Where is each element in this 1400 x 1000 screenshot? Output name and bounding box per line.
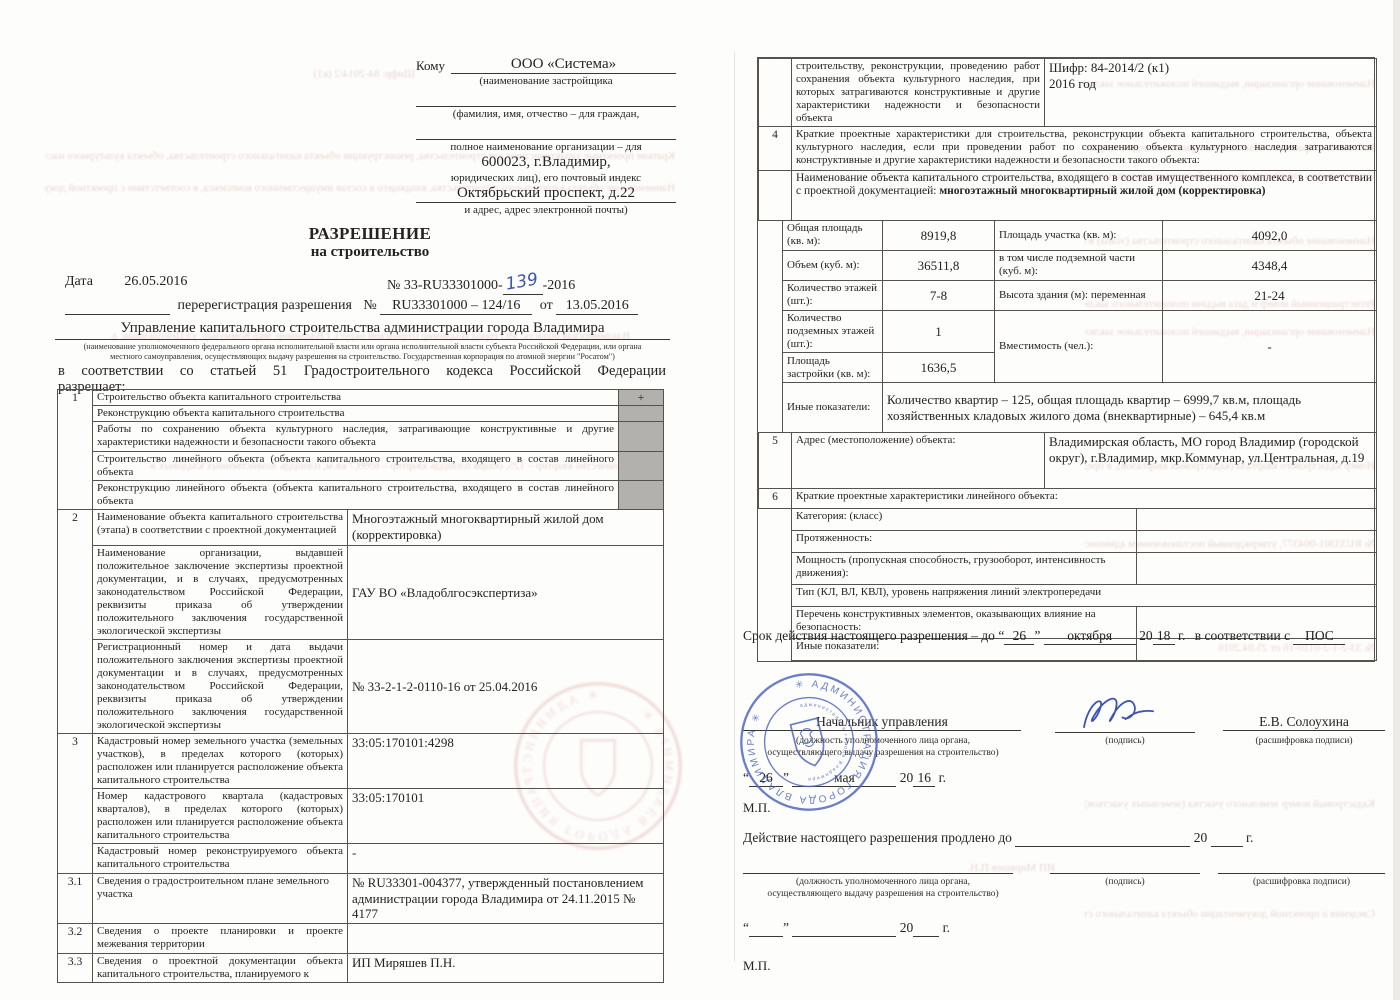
- table-cell: ГАУ ВО «Владоблгосэкспертиза»: [348, 546, 664, 640]
- stamp-shield: [791, 718, 829, 769]
- name-caption: (расшифровка подписи): [1218, 877, 1385, 889]
- spec-value: 4092,0: [1163, 221, 1377, 251]
- blank-line: [416, 126, 676, 140]
- addressee-postcode-city: 600023, г.Владимир,: [416, 154, 676, 171]
- row-number: 3.3: [58, 953, 93, 982]
- table-cell: Краткие проектные характеристики для стр…: [792, 127, 1377, 171]
- spec-value: 1636,5: [883, 353, 995, 383]
- mark-cell: [619, 406, 664, 422]
- year-prefix: 20: [1139, 628, 1153, 643]
- permit-number: № 33-RU33301000-139-2016: [387, 274, 575, 295]
- table-cell: Сведения о проектной документации объект…: [93, 953, 348, 982]
- mark-cell: [619, 422, 664, 452]
- table-cell: 33:05:170101: [348, 789, 664, 844]
- year-prefix: 20: [900, 770, 914, 785]
- addressee-caption: полное наименование организации – для: [416, 141, 676, 153]
- table-cell: Шифр: 84-2014/2 (к1) 2016 год: [1045, 59, 1377, 127]
- row-number: 5: [759, 433, 792, 489]
- bleedthrough-text: Кадастровый номер земельного участка (зе…: [1085, 798, 1375, 811]
- rereg-label: перерегистрация разрешения: [178, 298, 352, 313]
- issue-year: 16: [913, 770, 935, 787]
- right-page: Наименование организации, выдавшей полож…: [735, 30, 1395, 985]
- blank-line: [1211, 830, 1243, 847]
- authority-note-line: местного самоуправления, осуществляющих …: [50, 352, 675, 362]
- caption-line: осуществляющего выдачу разрешения на стр…: [735, 889, 1031, 901]
- addressee-street: Октябрьский проспект, д.22: [416, 185, 676, 203]
- table-cell: № 33-2-1-2-0110-16 от 25.04.2016: [348, 640, 664, 734]
- row-number: 2: [58, 510, 93, 734]
- spec-label: Площадь участка (кв. м):: [995, 221, 1163, 251]
- spec-value: 8919,8: [883, 221, 995, 251]
- number-suffix: -2016: [543, 278, 576, 293]
- blank-line: [913, 920, 939, 937]
- validity-month: октября: [1044, 628, 1136, 645]
- permit-table-right: строительству, реконструкции, проведению…: [757, 57, 1375, 662]
- year-prefix: 20: [900, 920, 914, 935]
- table-cell: строительству, реконструкции, проведению…: [792, 59, 1045, 127]
- row-number: 1: [58, 390, 93, 510]
- spec-label: Вместимость (чел.):: [995, 311, 1163, 383]
- scanned-document: Шифр: 84-2014/2 (к1) Краткие проектные х…: [0, 0, 1400, 1000]
- table-cell: ИП Миряшев П.Н.: [348, 953, 664, 982]
- blank-date-line: “ ” 20 г.: [743, 920, 950, 937]
- bleedthrough-text: Шифр: 84-2014/2 (к1): [85, 68, 415, 81]
- cipher-line-2: 2016 год: [1049, 76, 1372, 92]
- caption-line: (должность уполномоченного лица органа,: [735, 877, 1031, 889]
- table-cell: № RU33301-004377, утвержденный постановл…: [348, 874, 664, 924]
- spec-label: Общая площадь (кв. м):: [783, 221, 883, 251]
- empty-cell: [759, 171, 792, 221]
- spec-value: 21-24: [1163, 281, 1377, 311]
- prolong-text: Действие настоящего разрешения продлено …: [743, 830, 1012, 845]
- table-cell: Наименование организации, выдавшей полож…: [93, 546, 348, 640]
- name-caption: (расшифровка подписи): [1223, 736, 1385, 748]
- table-cell: Строительство объекта капитального строи…: [93, 390, 619, 406]
- table-cell: Кадастровый номер реконструируемого объе…: [93, 844, 348, 874]
- spec-label: Количество подземных этажей (шт.):: [783, 311, 883, 353]
- addressee-to-label: Кому: [416, 58, 451, 74]
- mark-cell: +: [619, 390, 664, 406]
- accord-value: ПОС: [1293, 628, 1345, 645]
- blank-signature-line: [1218, 873, 1385, 874]
- mark-cell: [619, 481, 664, 510]
- empty-cell: [1137, 531, 1377, 553]
- empty-cell: [1137, 553, 1377, 585]
- spec-label: Площадь застройки (кв. м):: [783, 353, 883, 383]
- quote: ”: [783, 920, 789, 935]
- spec-label: Объем (куб. м):: [783, 251, 883, 281]
- spec-label: Иные показатели:: [783, 383, 883, 433]
- scan-edge: [1393, 0, 1400, 1000]
- date-label: Дата: [65, 274, 93, 289]
- blank-signature-line: [1050, 873, 1200, 874]
- rereg-ot: от: [540, 298, 553, 313]
- table-cell: Сведения о градостроительном плане земел…: [93, 874, 348, 924]
- spec-value: 1: [883, 311, 995, 353]
- spec-value: Количество квартир – 125, общая площадь …: [883, 383, 1377, 433]
- row-number: 3.1: [58, 874, 93, 924]
- object-name-value: многоэтажный многоквартирный жилой дом (…: [939, 185, 1265, 197]
- table-cell: Сведения о проекте планировки и проекте …: [93, 923, 348, 953]
- blank-line: [416, 93, 676, 107]
- addressee-name: ООО «Система»: [451, 56, 676, 74]
- accordance-line: в соответствии со статьей 51 Градостроит…: [58, 363, 666, 380]
- blank-line: [65, 298, 170, 315]
- table-cell: Работы по сохранению объекта культурного…: [93, 422, 619, 452]
- year-g: г.: [943, 920, 950, 935]
- row-number: 6: [759, 489, 792, 509]
- row-number: 3: [58, 734, 93, 874]
- table-cell: Кадастровый номер земельного участка (зе…: [93, 734, 348, 789]
- authority-notes: (наименование уполномоченного федерально…: [50, 342, 675, 362]
- permit-table-left: 1 Строительство объекта капитального стр…: [57, 389, 664, 983]
- table-cell: Категория: (класс): [792, 509, 1137, 531]
- table-cell: Номер кадастрового квартала (кадастровых…: [93, 789, 348, 844]
- table-cell: Мощность (пропускная способность, грузоо…: [792, 553, 1137, 585]
- authority-note-line: (наименование уполномоченного федерально…: [50, 342, 675, 352]
- handwritten-signature: [1073, 688, 1183, 734]
- blank-line: [749, 920, 783, 937]
- table-cell: Наименование объекта капитального строит…: [93, 510, 348, 546]
- issuing-authority: Управление капитального строительства ад…: [55, 320, 670, 340]
- addressee-caption: (наименование застройщика: [416, 75, 676, 87]
- spec-label: Высота здания (м): переменная: [995, 281, 1163, 311]
- validity-prefix: Срок действия настоящего разрешения – до: [743, 628, 995, 643]
- addressee-caption: и адрес, адрес электронной почты): [416, 204, 676, 216]
- row-number: [759, 59, 792, 127]
- spec-label: в том числе подземной части (куб. м):: [995, 251, 1163, 281]
- rereg-number: RU33301000 – 124/16: [380, 298, 532, 315]
- table-cell: Краткие проектные характеристики линейно…: [792, 489, 1377, 509]
- stamp-lion: [800, 728, 816, 748]
- addressee-block: Кому ООО «Система» (наименование застрой…: [416, 56, 676, 216]
- date-value: 26.05.2016: [124, 274, 187, 289]
- document-title: РАЗРЕШЕНИЕ на строительство: [70, 224, 670, 261]
- row-number: 4: [759, 127, 792, 171]
- bleedthrough-text: Сведения о проектной документации объект…: [1085, 908, 1375, 921]
- validity-line: Срок действия настоящего разрешения – до…: [743, 628, 1391, 645]
- handwritten-number: 139: [505, 269, 540, 294]
- title-line-2: на строительство: [70, 244, 670, 261]
- spec-value: 7-8: [883, 281, 995, 311]
- table-cell: Тип (КЛ, ВЛ, КВЛ), уровень напряжения ли…: [792, 585, 1377, 607]
- left-page: Шифр: 84-2014/2 (к1) Краткие проектные х…: [30, 30, 695, 985]
- empty-cell: [1137, 509, 1377, 531]
- table-cell: Реконструкцию объекта капитального строи…: [93, 406, 619, 422]
- addressee-caption: юридических лиц), его почтовый индекс: [416, 172, 676, 184]
- rereg-no-sign: №: [363, 298, 376, 313]
- table-cell: [348, 923, 664, 953]
- year-g: г.: [1246, 830, 1253, 845]
- blank-signature-line: [743, 873, 1013, 874]
- official-round-stamp: ✳ АДМИНИСТРАЦИЯ ГОРОДА ВЛАДИМИРА ✳ админ…: [735, 668, 883, 816]
- table-cell: Многоэтажный многоквартирный жилой дом (…: [348, 510, 664, 546]
- mark-cell: [619, 452, 664, 481]
- validity-day: 26: [1004, 628, 1034, 645]
- table-cell: Реконструкцию линейного объекта (объекта…: [93, 481, 619, 510]
- blank-line: [1015, 830, 1190, 847]
- table-cell: -: [348, 844, 664, 874]
- table-cell: 33:05:170101:4298: [348, 734, 664, 789]
- signer-name: Е.В. Солоухина: [1223, 714, 1385, 731]
- table-cell: Протяженность:: [792, 531, 1137, 553]
- accord-label: в соответствии с: [1195, 628, 1290, 643]
- spec-value: 4348,4: [1163, 251, 1377, 281]
- spec-value: -: [1163, 311, 1377, 383]
- number-prefix: № 33-RU33301000-: [387, 278, 503, 293]
- spec-label: Количество этажей (шт.):: [783, 281, 883, 311]
- spec-value: 36511,8: [883, 251, 995, 281]
- signature-caption: (подпись): [1050, 877, 1200, 889]
- validity-year: 18: [1153, 628, 1175, 645]
- date-number-row: Дата 26.05.2016 № 33-RU33301000-139-2016: [65, 274, 675, 290]
- table-cell: Адрес (местоположение) объекта:: [792, 433, 1045, 489]
- table-cell: Строительство линейного объекта (объекта…: [93, 452, 619, 481]
- table-cell: Регистрационный номер и дата выдачи поло…: [93, 640, 348, 734]
- prolongation-line: Действие настоящего разрешения продлено …: [743, 830, 1391, 847]
- signature-caption: (подпись): [1055, 736, 1195, 748]
- rereg-date: 13.05.2016: [556, 298, 638, 315]
- row-number: 3.2: [58, 923, 93, 953]
- title-line-1: РАЗРЕШЕНИЕ: [70, 224, 670, 244]
- reregistration-row: перерегистрация разрешения № RU33301000 …: [65, 298, 677, 315]
- year-g: г.: [939, 770, 946, 785]
- stamp-place-label: М.П.: [743, 958, 770, 974]
- cipher-line-1: Шифр: 84-2014/2 (к1): [1049, 60, 1372, 76]
- year-prefix: 20: [1194, 830, 1208, 845]
- table-cell: Владимирская область, МО город Владимир …: [1045, 433, 1377, 489]
- table-cell: Наименование объекта капитального строит…: [792, 171, 1377, 221]
- year-g: г.: [1178, 628, 1185, 643]
- quote: ”: [1034, 628, 1040, 643]
- addressee-caption: (фамилия, имя, отчество – для граждан,: [416, 108, 676, 120]
- position-caption: (должность уполномоченного лица органа, …: [735, 877, 1031, 900]
- blank-line: [792, 920, 896, 937]
